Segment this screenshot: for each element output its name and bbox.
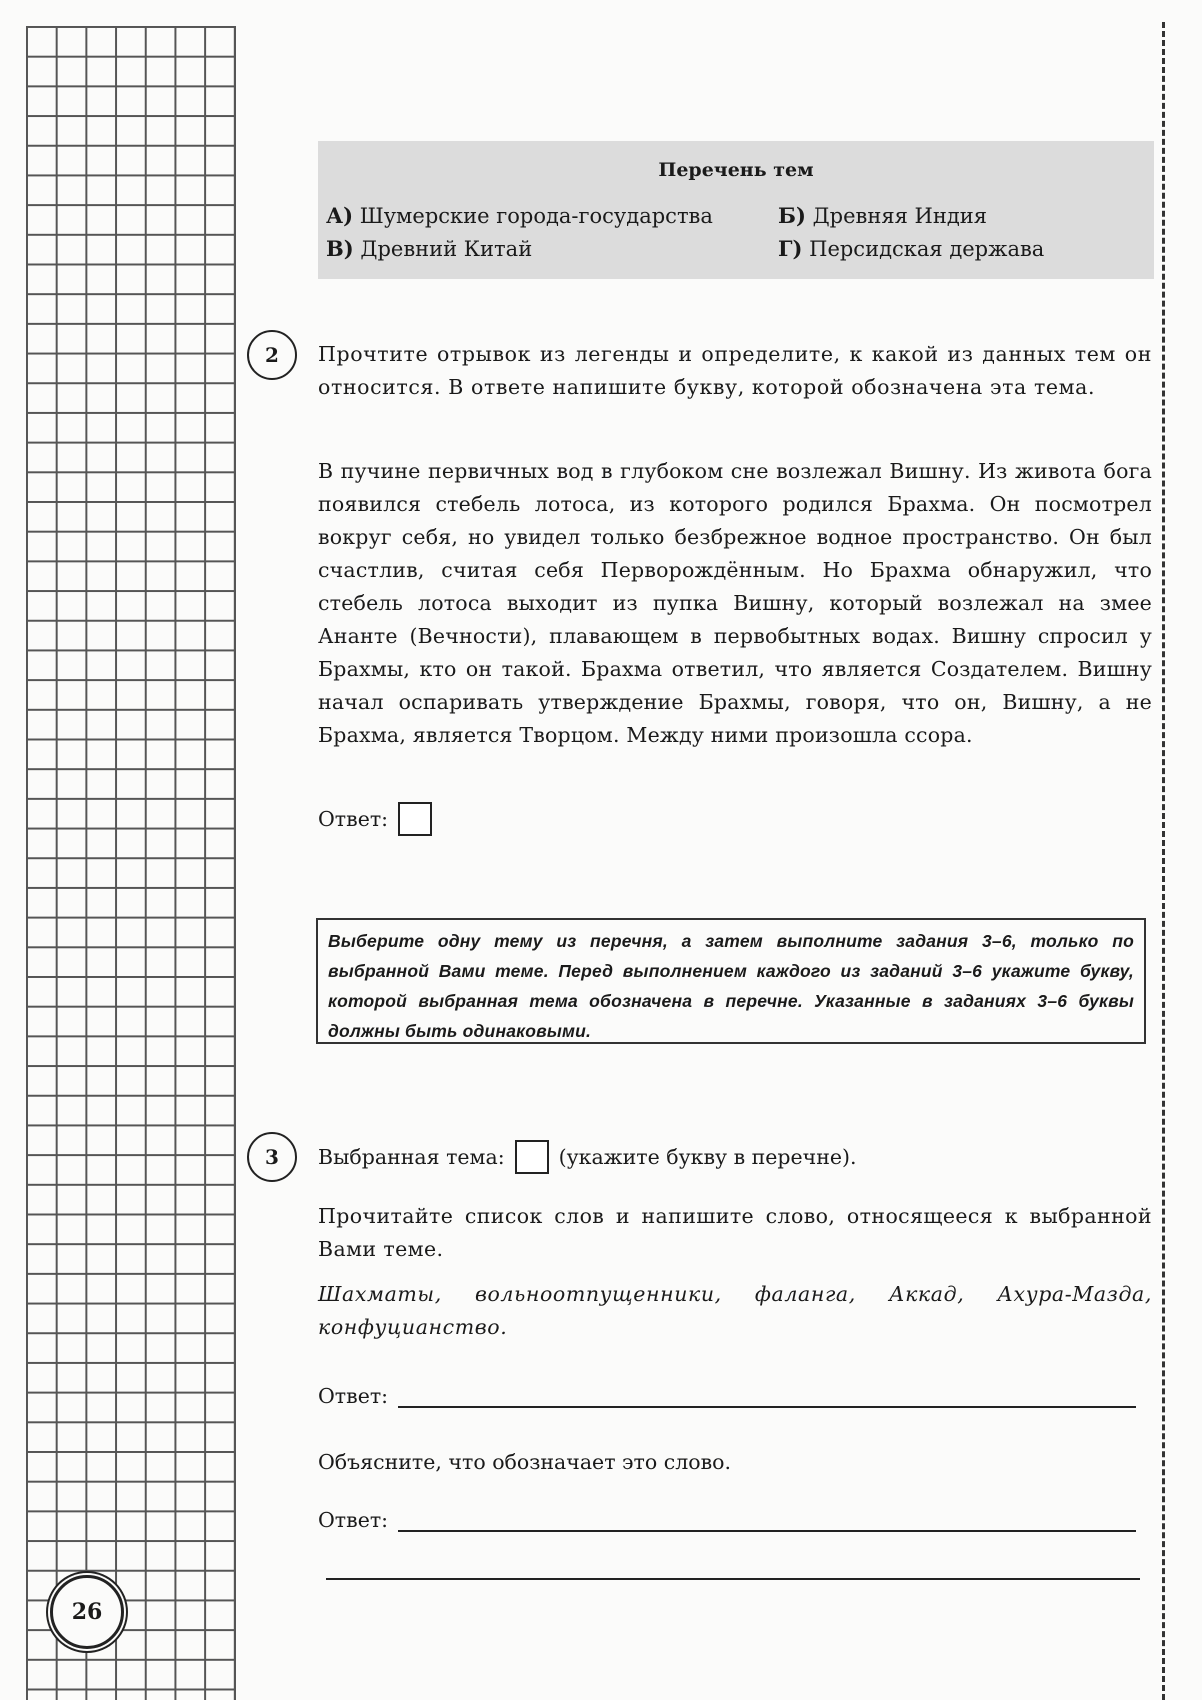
page-number-badge: 26	[50, 1575, 124, 1649]
task-2-answer-box[interactable]	[398, 802, 432, 836]
chosen-topic-row: Выбранная тема: (укажите букву в перечне…	[318, 1140, 857, 1174]
explain-answer-extra-line[interactable]	[326, 1578, 1140, 1580]
topic-item-v: В) Древний Китай	[326, 236, 532, 261]
instruction-box: Выберите одну тему из перечня, а затем в…	[316, 918, 1146, 1044]
task-3-question: Прочитайте список слов и напишите слово,…	[318, 1200, 1152, 1266]
topic-item-b: Б) Древняя Индия	[778, 203, 987, 228]
chosen-topic-hint: (укажите букву в перечне).	[559, 1145, 857, 1169]
task-3-answer-label: Ответ:	[318, 1384, 388, 1408]
legend-passage: В пучине первичных вод в глубоком сне во…	[318, 455, 1152, 752]
task-2-answer-row: Ответ:	[318, 802, 432, 836]
topics-title: Перечень тем	[318, 159, 1154, 181]
task-2-answer-label: Ответ:	[318, 807, 388, 831]
task-2-question: Прочтите отрывок из легенды и определите…	[318, 338, 1152, 404]
explain-answer-row: Ответ:	[318, 1508, 1136, 1532]
explain-prompt: Объясните, что обозначает это слово.	[318, 1450, 731, 1474]
task-3-answer-field[interactable]	[398, 1384, 1136, 1408]
topic-item-g: Г) Персидская держава	[778, 236, 1044, 261]
explain-answer-label: Ответ:	[318, 1508, 388, 1532]
task-2-number-badge: 2	[247, 330, 297, 380]
explain-answer-field[interactable]	[398, 1508, 1136, 1532]
margin-grid	[26, 26, 236, 1700]
topic-item-a: А) Шумерские города-государства	[326, 203, 713, 228]
word-list: Шахматы, вольноотпущенники, фаланга, Акк…	[318, 1278, 1152, 1344]
task-3-answer-row: Ответ:	[318, 1384, 1136, 1408]
chosen-topic-label: Выбранная тема:	[318, 1145, 505, 1169]
topics-list-box: Перечень тем А) Шумерские города-государ…	[318, 141, 1154, 279]
page-number: 26	[72, 1599, 103, 1625]
chosen-topic-box[interactable]	[515, 1140, 549, 1174]
cut-line-divider	[1162, 22, 1165, 1700]
task-3-number-badge: 3	[247, 1132, 297, 1182]
